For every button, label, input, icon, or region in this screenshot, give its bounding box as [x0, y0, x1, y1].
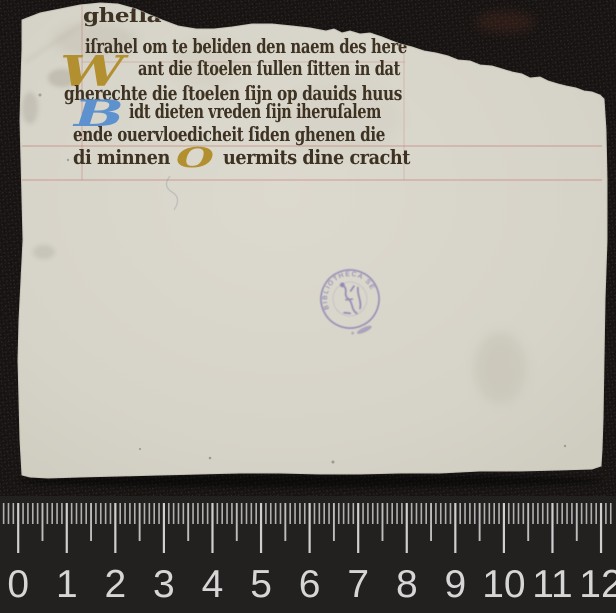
- ruler-number: 11: [532, 563, 573, 606]
- ruler-number: 5: [250, 563, 272, 606]
- text-line-7b: uermits dine cracht: [223, 145, 411, 169]
- red-smudge-on-cloth: [475, 11, 535, 33]
- ruler-number: 3: [153, 563, 175, 606]
- ruler-number: 9: [444, 563, 466, 606]
- ruler-number: 7: [347, 563, 369, 606]
- ruler-number: 1: [56, 563, 78, 606]
- ruler: 0123456789101112: [0, 496, 616, 613]
- manuscript-photo: gheſla iſrahel om te beliden den naem de…: [0, 0, 616, 613]
- text-line-2: iſrahel om te beliden den naem des herē: [85, 34, 407, 58]
- ruler-number: 12: [579, 563, 616, 606]
- text-line-7a: di minnen: [73, 145, 171, 169]
- parchment-fragment: gheſla iſrahel om te beliden den naem de…: [0, 3, 607, 481]
- ruler-number: 2: [104, 563, 126, 606]
- ruler-number: 6: [299, 563, 321, 606]
- text-line-6: ende ouervloedicheit ſiden ghenen die: [73, 122, 385, 146]
- ruler-number: 0: [7, 563, 29, 606]
- text-line-5: idt dieten vreden ſijn iheruſalem: [129, 99, 381, 123]
- ruler-number: 4: [202, 563, 224, 606]
- text-line-3: ant die ſtoelen ſullen ſitten in dat: [138, 56, 401, 80]
- ruler-number: 10: [482, 563, 525, 606]
- ruler-number: 8: [396, 563, 418, 606]
- initial-o: O: [176, 143, 215, 174]
